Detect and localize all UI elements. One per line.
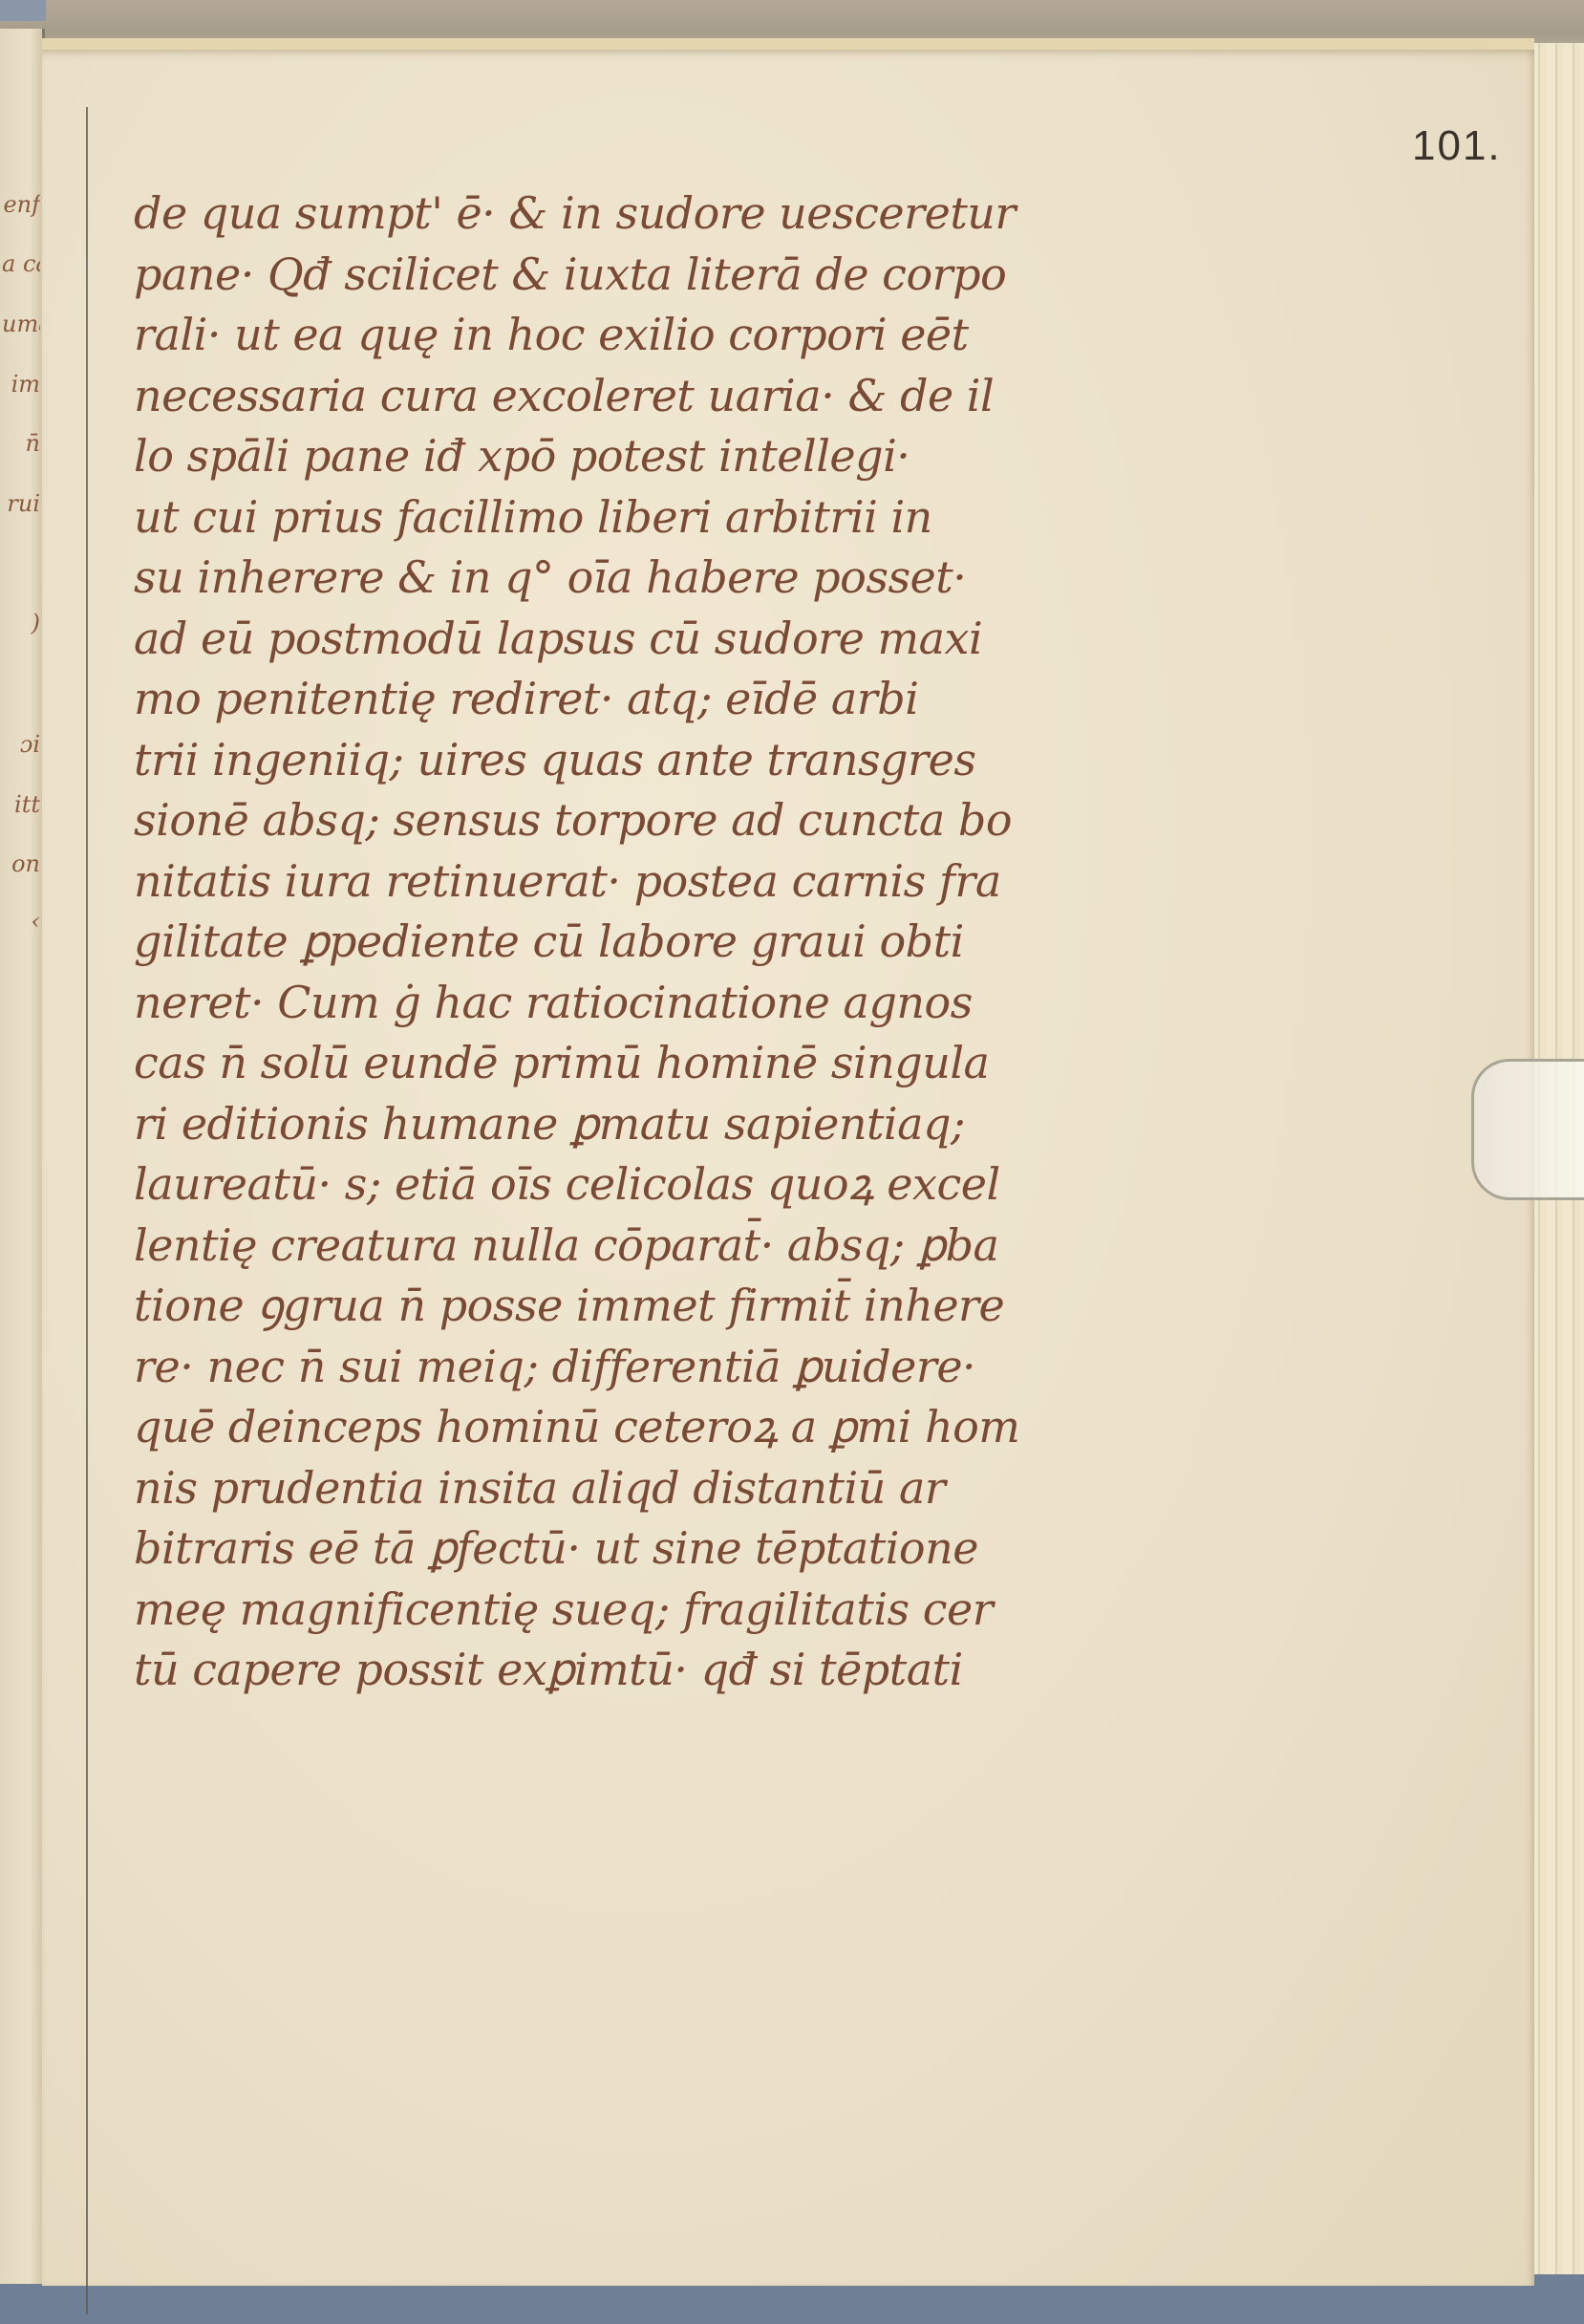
text-line: ri editionis humane ꝑmatu sapientiaq; bbox=[134, 1094, 1232, 1155]
text-line: lo spāli pane iđ xpō potest intellegi· bbox=[134, 426, 1232, 487]
text-line: nis prudentia insita aliqd distantiū ar bbox=[134, 1458, 1232, 1519]
text-line: pane· Qđ scilicet & iuxta literā de corp… bbox=[134, 245, 1232, 306]
margin-fragment: enf bbox=[2, 191, 40, 218]
text-line: laureatū· s; etiā oīs celicolas quoꝝ exc… bbox=[134, 1154, 1232, 1216]
text-line: rali· ut ea quę in hoc exilio corpori eē… bbox=[134, 305, 1232, 366]
text-line: nitatis iura retinuerat· postea carnis f… bbox=[134, 851, 1232, 913]
text-line: re· nec n̄ sui meiq; differentiā ꝑuidere… bbox=[134, 1337, 1232, 1398]
text-line: quē deinceps hominū ceteroꝝ a ꝑmi hom bbox=[134, 1397, 1232, 1458]
margin-fragment: on bbox=[2, 850, 40, 877]
text-line: de qua sumpt' ē· & in sudore uesceretur bbox=[134, 183, 1232, 245]
text-line: trii ingeniiq; uires quas ante transgres bbox=[134, 730, 1232, 791]
gutter-fold bbox=[86, 107, 88, 2314]
text-line: neret· Cum ġ hac ratiocinatione agnos bbox=[134, 973, 1232, 1034]
margin-fragment: ‹ bbox=[2, 908, 40, 935]
background-corner bbox=[0, 0, 46, 21]
text-line: tū capere possit exꝑimtū· qđ si tēptati bbox=[134, 1640, 1232, 1701]
text-line: su inherere & in q° oīa habere posset· bbox=[134, 548, 1232, 609]
text-line: gilitate ꝑpediente cū labore graui obti bbox=[134, 912, 1232, 973]
text-line: lentię creatura nulla cōparat̄· absq; ꝑb… bbox=[134, 1216, 1232, 1277]
text-line: ad eū postmodū lapsus cū sudore maxi bbox=[134, 609, 1232, 670]
folio-number: 101. bbox=[1412, 122, 1502, 170]
margin-fragment: im bbox=[2, 371, 40, 398]
margin-fragment: ) bbox=[2, 610, 40, 636]
margin-fragment: a ca bbox=[2, 250, 40, 277]
text-line: meę magnificentię sueq; fragilitatis cer bbox=[134, 1580, 1232, 1641]
text-line: sionē absq; sensus torpore ad cuncta bo bbox=[134, 790, 1232, 851]
text-line: cas n̄ solū eundē primū hominē singula bbox=[134, 1033, 1232, 1094]
text-line: ut cui prius facillimo liberi arbitrii i… bbox=[134, 487, 1232, 549]
margin-fragment: itt bbox=[2, 791, 40, 818]
text-line: necessaria cura excoleret uaria· & de il bbox=[134, 366, 1232, 427]
text-line: tione ꝯgrua n̄ posse immet firmit̄ inher… bbox=[134, 1276, 1232, 1337]
margin-fragment: ɔi bbox=[2, 731, 40, 758]
margin-fragment: n̄ bbox=[2, 430, 40, 457]
manuscript-text: de qua sumpt' ē· & in sudore uesceretur … bbox=[134, 183, 1232, 1701]
margin-fragment: rui bbox=[2, 490, 40, 517]
previous-page-edge: enf a ca uma im n̄ rui ) ɔi itt on ‹ bbox=[0, 29, 45, 2284]
text-line: bitraris eē tā ꝑfectū· ut sine tēptation… bbox=[134, 1518, 1232, 1580]
text-line: mo penitentię rediret· atq; eīdē arbi bbox=[134, 669, 1232, 730]
margin-fragment: uma bbox=[2, 311, 40, 337]
page-clip bbox=[1471, 1059, 1584, 1200]
